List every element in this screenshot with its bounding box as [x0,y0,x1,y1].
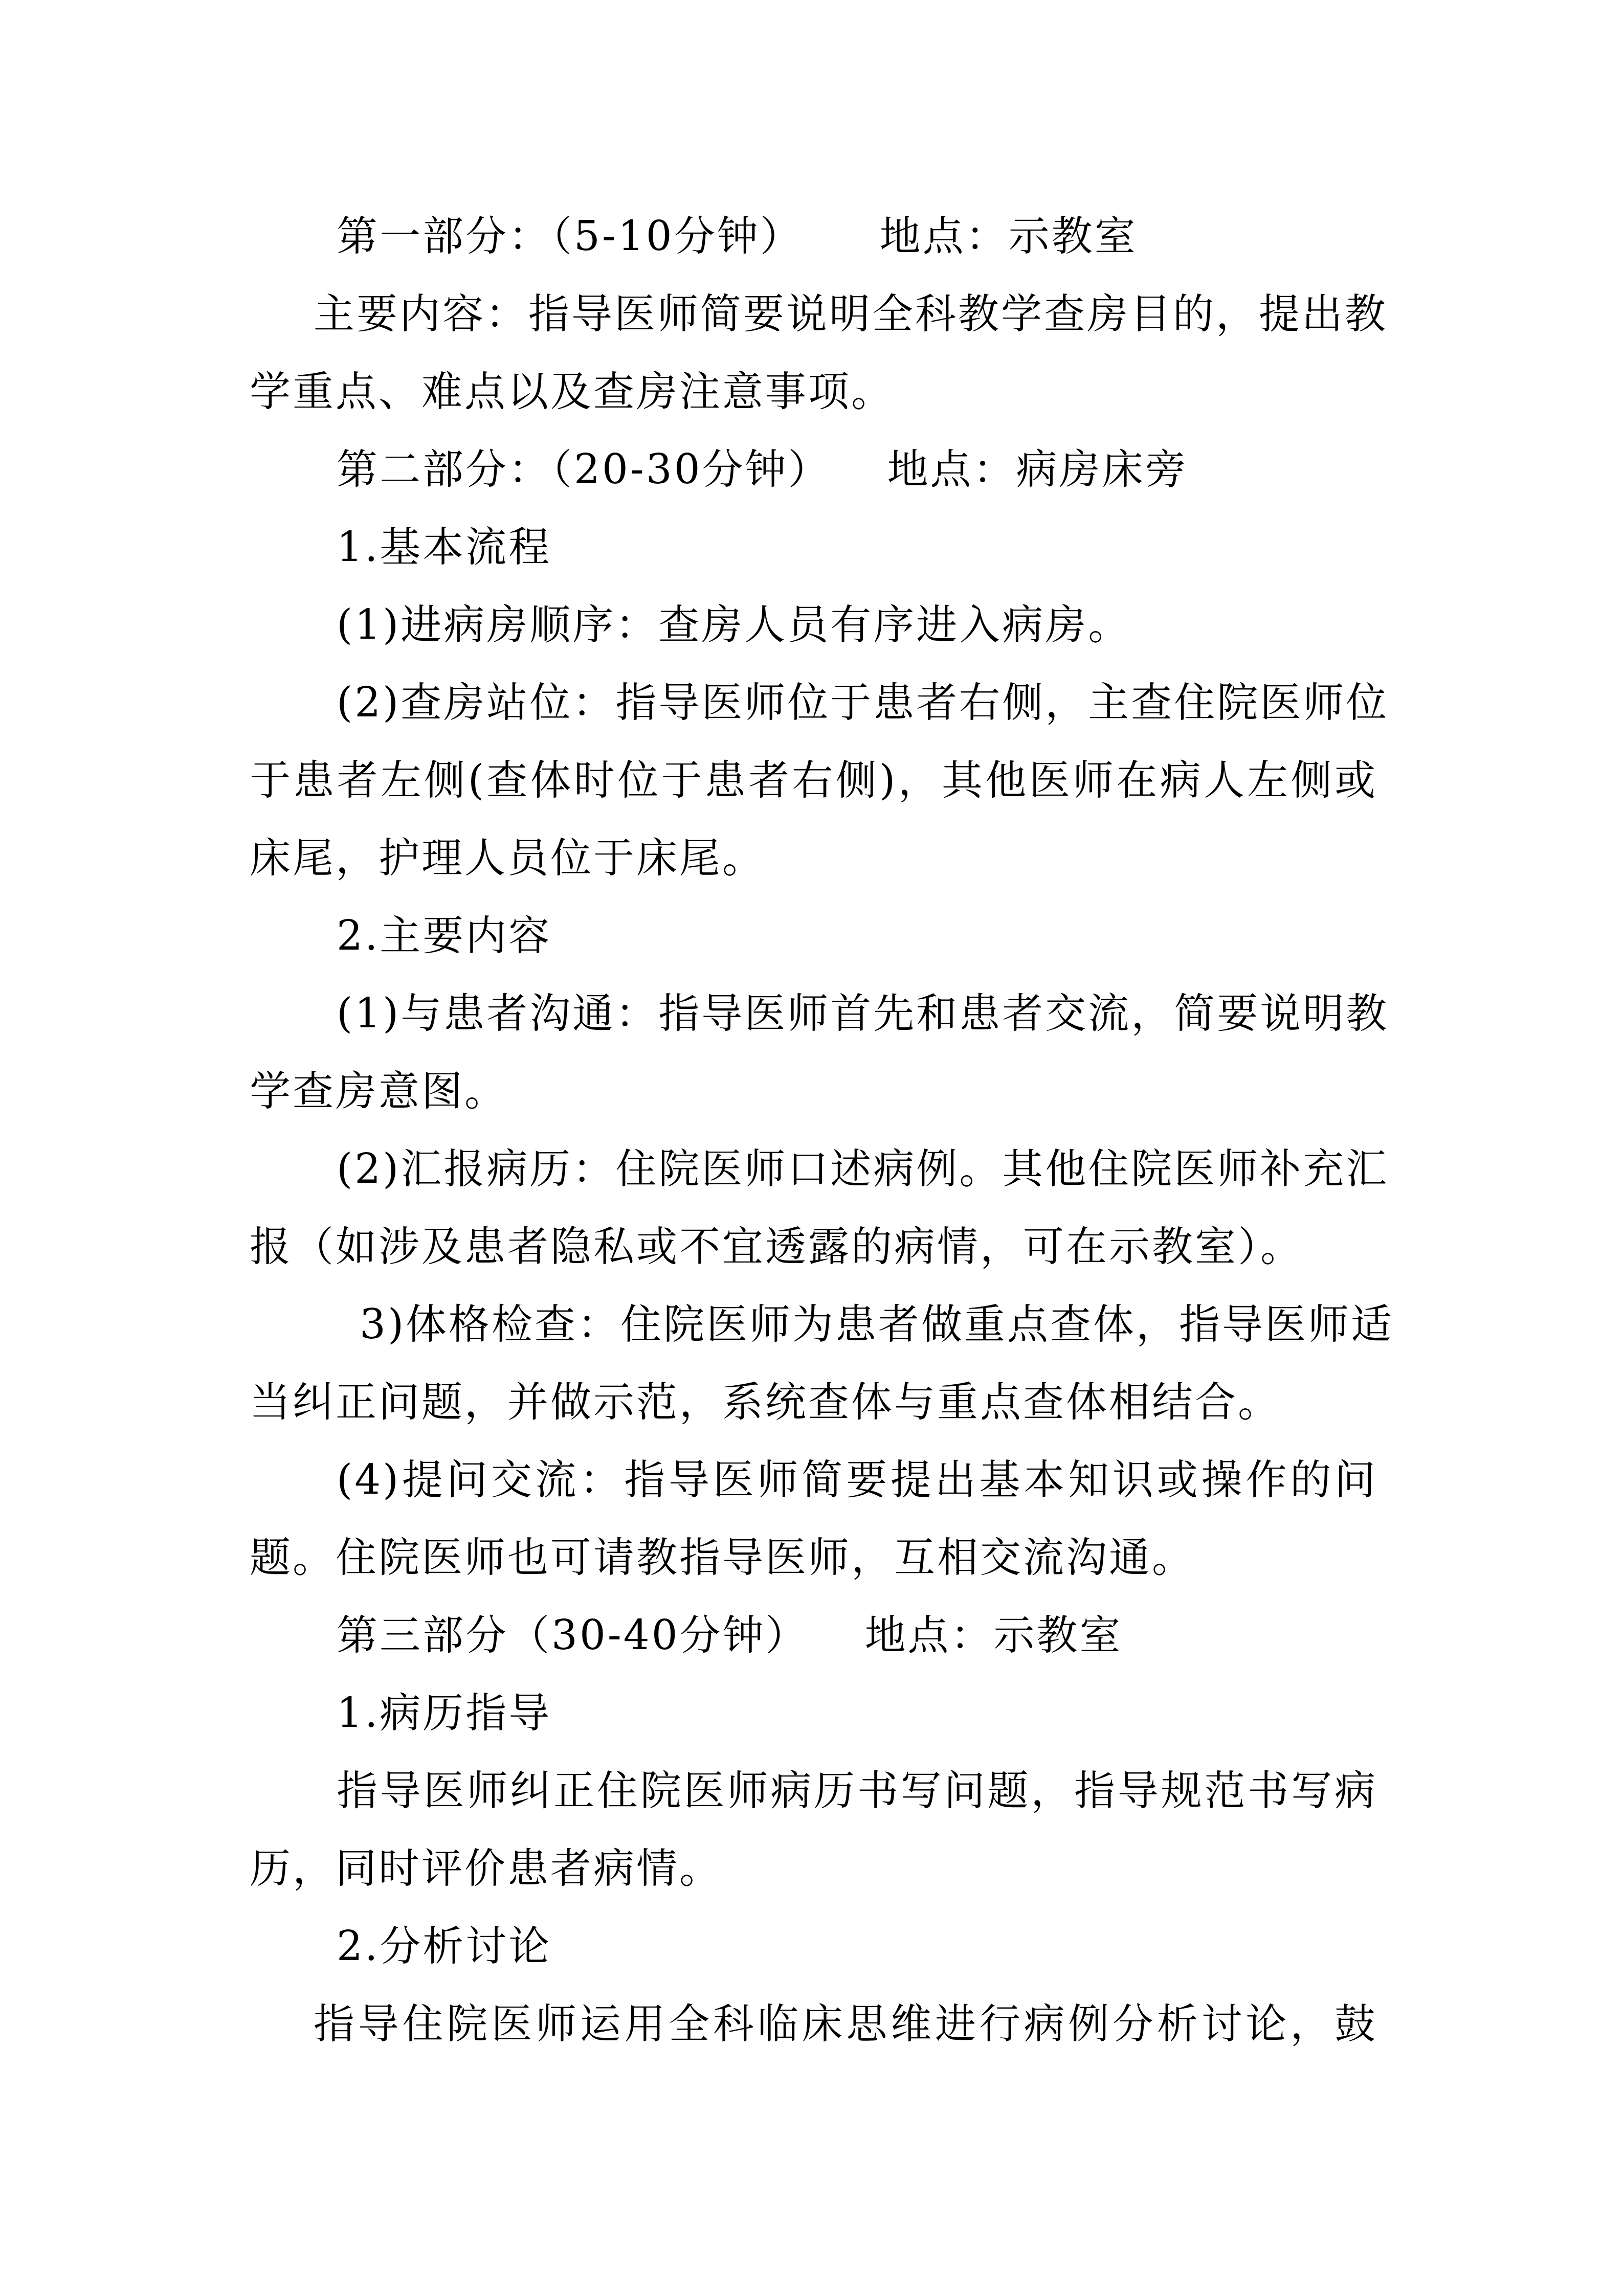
list-item-line: (1)与患者沟通：指导医师首先和患者交流，简要说明教 [250,975,1377,1052]
paragraph-line: 指导医师纠正住院医师病历书写问题，指导规范书写病 [250,1752,1377,1830]
paragraph-line: 学重点、难点以及查房注意事项。 [250,353,1377,431]
list-item-line: 学查房意图。 [250,1052,1377,1130]
list-item-line: (2)查房站位：指导医师位于患者右侧，主查住院医师位 [250,664,1377,741]
document-body: 第一部分：（5-10分钟）地点：示教室 主要内容：指导医师简要说明全科教学查房目… [250,197,1377,2063]
section-heading-part3: 第三部分（30-40分钟）地点：示教室 [250,1596,1377,1674]
list-item-line: 当纠正问题，并做示范，系统查体与重点查体相结合。 [250,1363,1377,1441]
subsection-title: 2.分析讨论 [250,1907,1377,1985]
section-location: 地点：示教室 [865,1611,1123,1659]
section-label: 第三部分（30-40分钟） [337,1611,809,1659]
section-heading-part2: 第二部分：（20-30分钟）地点：病房床旁 [250,431,1377,508]
list-item-line: (4)提问交流：指导医师简要提出基本知识或操作的问 [250,1441,1377,1519]
list-item-line: 3)体格检查：住院医师为患者做重点查体，指导医师适 [250,1286,1377,1363]
subsection-title: 1.基本流程 [250,508,1377,586]
list-item-line: 报（如涉及患者隐私或不宜透露的病情，可在示教室）。 [250,1208,1377,1286]
section-label: 第二部分：（20-30分钟） [337,445,831,493]
paragraph-line: 主要内容：指导医师简要说明全科教学查房目的，提出教 [250,275,1377,353]
list-item-line: 题。住院医师也可请教指导医师，互相交流沟通。 [250,1519,1377,1596]
list-item-line: 床尾，护理人员位于床尾。 [250,819,1377,897]
section-location: 地点：示教室 [880,212,1138,260]
paragraph-line: 历，同时评价患者病情。 [250,1830,1377,1907]
section-location: 地点：病房床旁 [887,445,1188,493]
list-item-line: (2)汇报病历：住院医师口述病例。其他住院医师补充汇 [250,1130,1377,1208]
subsection-title: 2.主要内容 [250,897,1377,975]
subsection-title: 1.病历指导 [250,1674,1377,1752]
list-item-line: 于患者左侧(查体时位于患者右侧)，其他医师在病人左侧或 [250,741,1377,819]
section-heading-part1: 第一部分：（5-10分钟）地点：示教室 [250,197,1377,275]
paragraph-line: 指导住院医师运用全科临床思维进行病例分析讨论，鼓 [250,1985,1377,2063]
list-item-line: (1)进病房顺序：查房人员有序进入病房。 [250,586,1377,664]
section-label: 第一部分：（5-10分钟） [337,212,803,260]
document-page: 第一部分：（5-10分钟）地点：示教室 主要内容：指导医师简要说明全科教学查房目… [0,0,1624,2296]
